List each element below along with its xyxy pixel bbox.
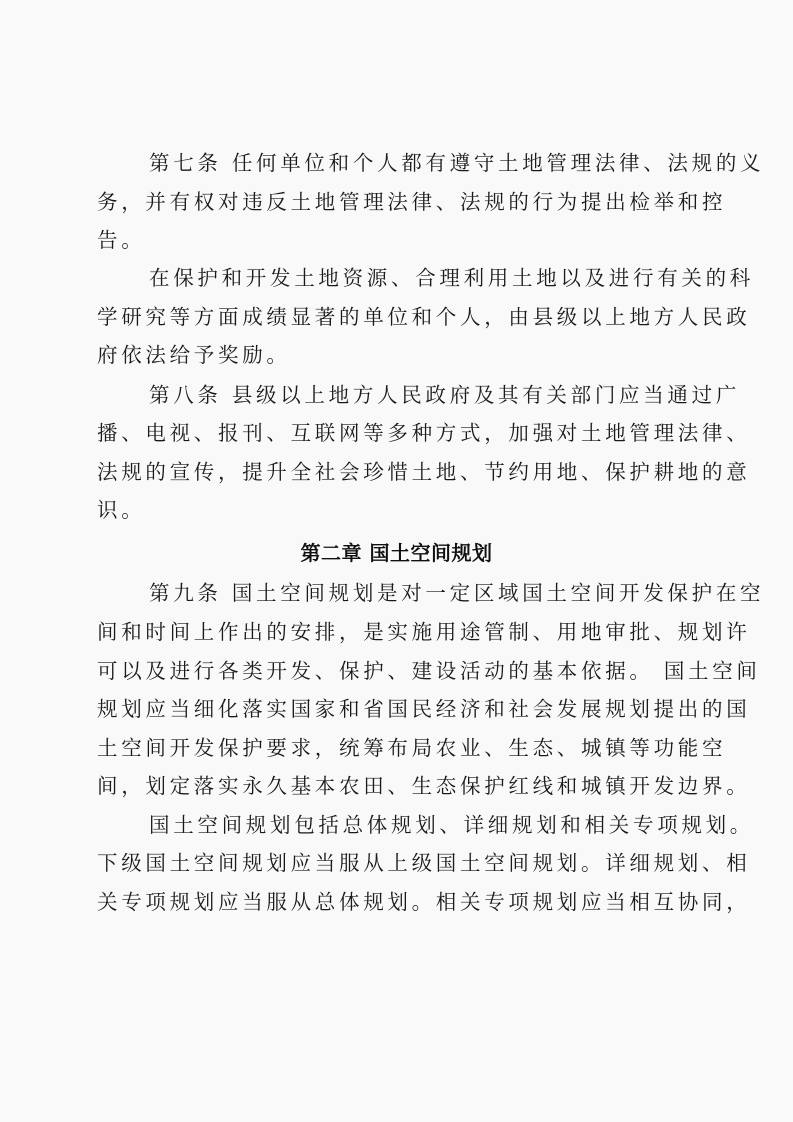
reward-paragraph-line-1: 在保护和开发土地资源、合理利用土地以及进行有关的科	[149, 265, 749, 291]
article-9-line-1: 第九条 国土空间规划是对一定区域国土空间开发保护在空	[149, 580, 749, 606]
chapter-heading: 第二章 国土空间规划	[0, 540, 793, 566]
article-9-line-2: 间和时间上作出的安排，是实施用途管制、用地审批、规划许	[97, 619, 697, 645]
article-8-line-3: 法规的宣传，提升全社会珍惜土地、节约用地、保护耕地的意	[97, 459, 697, 485]
article-9-line-4: 规划应当细化落实国家和省国民经济和社会发展规划提出的国	[97, 696, 697, 722]
article-8-line-2: 播、电视、报刊、互联网等多种方式，加强对土地管理法律、	[97, 420, 697, 446]
article-9-line-5: 土空间开发保护要求，统筹布局农业、生态、城镇等功能空	[97, 735, 697, 761]
article-8-line-4: 识。	[97, 497, 697, 523]
reward-paragraph-line-3: 府依法给予奖励。	[97, 342, 697, 368]
article-9-line-6: 间，划定落实永久基本农田、生态保护红线和城镇开发边界。	[97, 773, 697, 799]
article-7-line-1: 第七条 任何单位和个人都有遵守土地管理法律、法规的义	[149, 150, 749, 176]
planning-paragraph-line-1: 国土空间规划包括总体规划、详细规划和相关专项规划。	[149, 812, 749, 838]
document-page: 第七条 任何单位和个人都有遵守土地管理法律、法规的义 务，并有权对违反土地管理法…	[0, 0, 793, 1122]
article-7-line-3: 告。	[97, 227, 697, 253]
planning-paragraph-line-3: 关专项规划应当服从总体规划。相关专项规划应当相互协同，	[97, 889, 697, 915]
reward-paragraph-line-2: 学研究等方面成绩显著的单位和个人，由县级以上地方人民政	[97, 304, 697, 330]
article-7-line-2: 务，并有权对违反土地管理法律、法规的行为提出检举和控	[97, 189, 697, 215]
article-9-line-3: 可以及进行各类开发、保护、建设活动的基本依据。 国土空间	[97, 658, 697, 684]
planning-paragraph-line-2: 下级国土空间规划应当服从上级国土空间规划。详细规划、相	[97, 850, 697, 876]
article-8-line-1: 第八条 县级以上地方人民政府及其有关部门应当通过广	[149, 382, 749, 408]
